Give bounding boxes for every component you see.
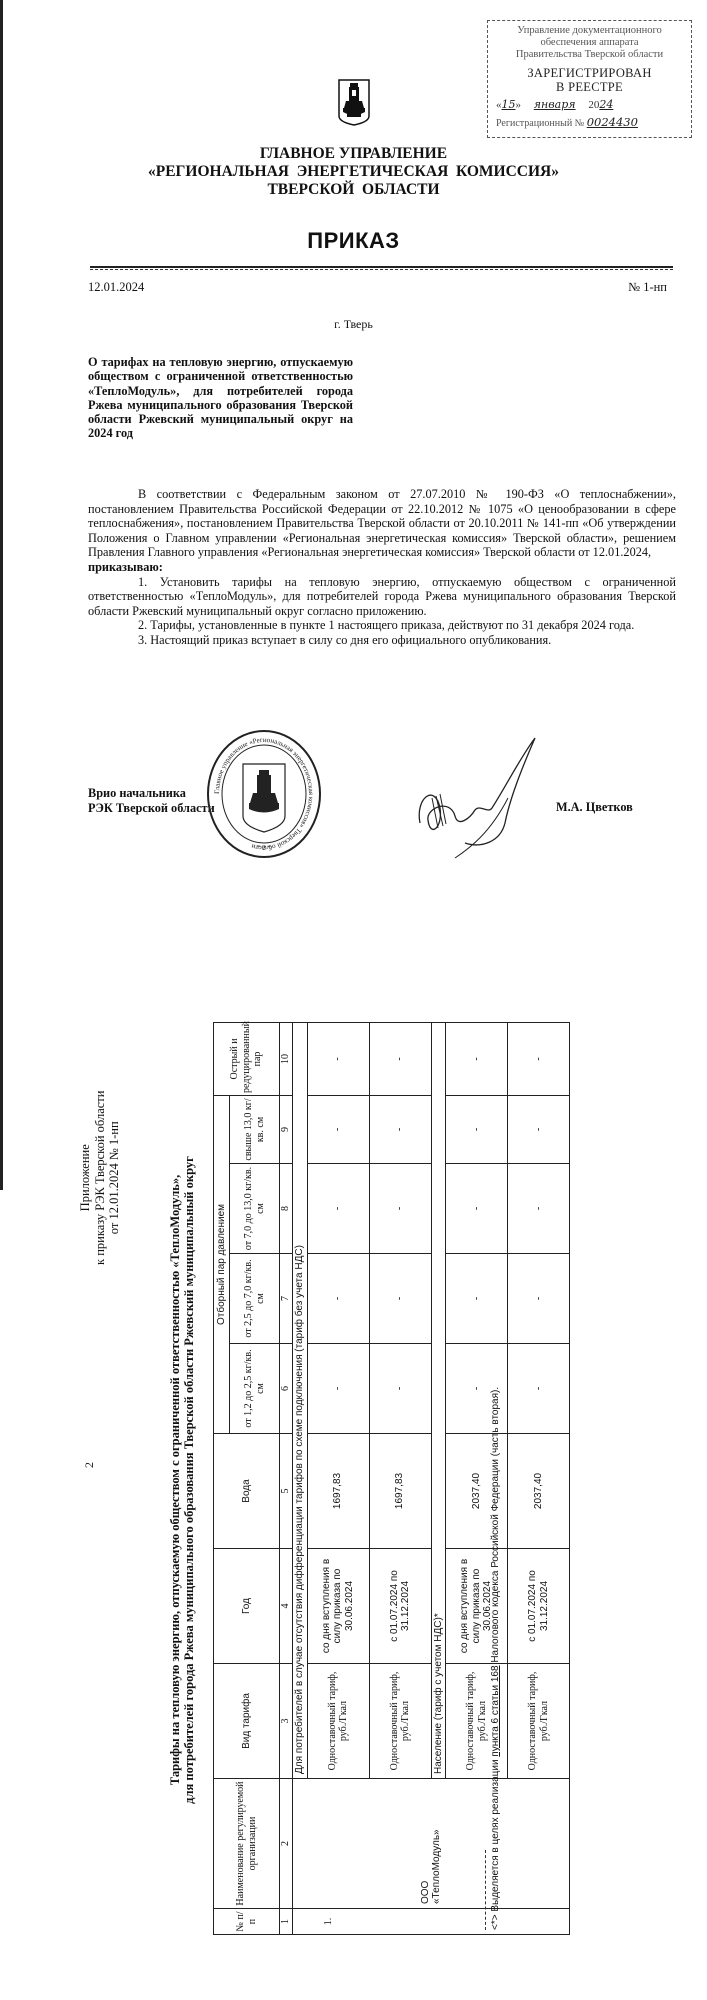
seal-number: * 2 *	[257, 844, 272, 852]
footnote-divider	[485, 1850, 486, 1930]
tariff-type: Одноставочный тариф, руб./Гкал	[369, 1664, 431, 1779]
footnote-prefix: <*> Выделяется в целях реализации	[490, 1757, 501, 1930]
water-value: 1697,83	[369, 1434, 431, 1549]
water-value: 2037,40	[508, 1434, 570, 1549]
tariff-type: Одноставочный тариф, руб./Гкал	[307, 1664, 369, 1779]
signatory-role-line-2: РЭК Тверской области	[88, 801, 215, 816]
header-steam-1: от 1,2 до 2,5 кг/кв. см	[230, 1344, 280, 1434]
tariff-table: № п/ п Наименование регулируемой организ…	[213, 1022, 570, 1935]
stamp-date-month: января	[524, 98, 586, 111]
steam-3-value: -	[508, 1164, 570, 1254]
steam-4-value: -	[446, 1095, 508, 1163]
footnote: <*> Выделяется в целях реализации пункта…	[490, 1387, 501, 1930]
order-item-3: 3. Настоящий приказ вступает в силу со д…	[88, 633, 676, 648]
header-steam-4: свыше 13,0 кг/кв. см	[230, 1095, 280, 1163]
steam-3-value: -	[307, 1164, 369, 1254]
org-header-line-2: «РЕГИОНАЛЬНАЯ ЭНЕРГЕТИЧЕСКАЯ КОМИССИЯ»	[0, 163, 707, 181]
preamble: В соответствии с Федеральным законом от …	[88, 487, 676, 560]
document-subject: О тарифах на тепловую энергию, отпускаем…	[88, 355, 353, 441]
header-steam-3: от 7,0 до 13,0 кг/кв. см	[230, 1164, 280, 1254]
period: с 01.07.2024 по 31.12.2024	[369, 1549, 431, 1664]
stamp-reg-label: Регистрационный №	[496, 118, 584, 129]
sharp-steam-value: -	[446, 1022, 508, 1095]
official-seal-icon: Главное управление «Региональная энергет…	[205, 728, 323, 860]
header-sharp-steam: Острый и редуцированный пар	[214, 1022, 280, 1095]
steam-2-value: -	[446, 1254, 508, 1344]
registration-stamp: Управление документационного обеспечения…	[487, 20, 692, 138]
sharp-steam-value: -	[307, 1022, 369, 1095]
org-name-cell: ООО «ТеплоМодуль»	[293, 1779, 570, 1909]
sharp-steam-value: -	[508, 1022, 570, 1095]
col-index: 4	[280, 1549, 293, 1664]
decree-word: приказываю:	[88, 560, 676, 575]
appendix-title-line-1: Тарифы на тепловую энергию, отпускаемую …	[168, 1030, 182, 1930]
col-index: 10	[280, 1022, 293, 1095]
signatory-name: М.А. Цветков	[556, 800, 633, 815]
signatory-role-line-1: Врио начальника	[88, 786, 215, 801]
row-num: 1.	[293, 1909, 570, 1935]
stamp-line-1: Управление документационного	[488, 25, 691, 37]
header-tariff-type: Вид тарифа	[214, 1664, 280, 1779]
header-num: № п/ п	[214, 1909, 280, 1935]
stamp-line-2: обеспечения аппарата	[488, 37, 691, 49]
column-index-row: 1 2 3 4 5 6 7 8 9 10	[280, 1022, 293, 1934]
col-index: 7	[280, 1254, 293, 1344]
order-item-1: 1. Установить тарифы на тепловую энергию…	[88, 575, 676, 619]
appendix-line-3: от 12.01.2024 № 1-нп	[107, 1091, 122, 1265]
stamp-date-year-suffix: 24	[599, 98, 613, 111]
stamp-reg: Регистрационный № 0024430	[488, 115, 691, 129]
period: с 01.07.2024 по 31.12.2024	[508, 1549, 570, 1664]
steam-2-value: -	[508, 1254, 570, 1344]
water-value: 1697,83	[307, 1434, 369, 1549]
stamp-date-day: 15	[502, 98, 516, 111]
page-1: Управление документационного обеспечения…	[0, 0, 707, 990]
footnote-link[interactable]: пункта 6 статьи 168	[490, 1665, 501, 1756]
steam-2-value: -	[369, 1254, 431, 1344]
col-index: 8	[280, 1164, 293, 1254]
col-index: 2	[280, 1779, 293, 1909]
steam-4-value: -	[369, 1095, 431, 1163]
appendix-title-line-2: для потребителей города Ржева муниципаль…	[182, 1030, 196, 1930]
order-item-2: 2. Тарифы, установленные в пункте 1 наст…	[88, 618, 676, 633]
organization-header: ГЛАВНОЕ УПРАВЛЕНИЕ «РЕГИОНАЛЬНАЯ ЭНЕРГЕТ…	[0, 145, 707, 199]
sharp-steam-value: -	[369, 1022, 431, 1095]
stamp-date-year-prefix: 20	[588, 99, 599, 111]
tver-coat-of-arms-icon	[337, 78, 371, 126]
handwritten-signature-icon	[410, 728, 550, 868]
steam-3-value: -	[446, 1164, 508, 1254]
section-label: Население (тариф с учетом НДС)*	[431, 1022, 446, 1778]
col-index: 1	[280, 1909, 293, 1935]
document-number: № 1-нп	[628, 280, 667, 295]
page-2-appendix: 2 Приложение к приказу РЭК Тверской обла…	[0, 990, 707, 2000]
document-type-title: ПРИКАЗ	[0, 228, 707, 254]
signatory-role: Врио начальника РЭК Тверской области	[88, 786, 215, 816]
footnote-suffix: Налогового кодекса Российской Федерации …	[490, 1387, 501, 1666]
header-year: Год	[214, 1549, 280, 1664]
appendix-reference: Приложение к приказу РЭК Тверской област…	[78, 1091, 122, 1265]
header-divider	[90, 266, 673, 270]
org-name-line-1: ООО	[420, 1783, 432, 1904]
col-index: 5	[280, 1434, 293, 1549]
col-index: 9	[280, 1095, 293, 1163]
header-steam-group: Отборный пар давлением	[214, 1095, 230, 1433]
stamp-reg-number: 0024430	[587, 115, 638, 129]
steam-3-value: -	[369, 1164, 431, 1254]
page-number: 2	[82, 1462, 97, 1468]
org-header-line-3: ТВЕРСКОЙ ОБЛАСТИ	[0, 181, 707, 199]
appendix-title: Тарифы на тепловую энергию, отпускаемую …	[168, 1030, 196, 1930]
stamp-line-3: Правительства Тверской области	[488, 49, 691, 61]
org-header-line-1: ГЛАВНОЕ УПРАВЛЕНИЕ	[0, 145, 707, 163]
table-header-row-1: № п/ п Наименование регулируемой организ…	[214, 1022, 230, 1934]
section-label: Для потребителей в случае отсутствия диф…	[293, 1022, 308, 1778]
tariff-type: Одноставочный тариф, руб./Гкал	[508, 1664, 570, 1779]
stamp-date: «15» января 2024	[488, 98, 691, 111]
org-name-line-2: «ТеплоМодуль»	[431, 1783, 443, 1904]
document-date: 12.01.2024	[88, 280, 144, 295]
appendix-line-2: к приказу РЭК Тверской области	[93, 1091, 108, 1265]
steam-4-value: -	[307, 1095, 369, 1163]
steam-1-value: -	[508, 1344, 570, 1434]
header-steam-2: от 2,5 до 7,0 кг/кв. см	[230, 1254, 280, 1344]
rotated-landscape-page: 2 Приложение к приказу РЭК Тверской обла…	[0, 990, 707, 2000]
period: со дня вступления в силу приказа по 30.0…	[307, 1549, 369, 1664]
stamp-status-1: ЗАРЕГИСТРИРОВАН	[488, 66, 691, 80]
document-city: г. Тверь	[0, 317, 707, 332]
appendix-line-1: Приложение	[78, 1091, 93, 1265]
steam-1-value: -	[369, 1344, 431, 1434]
steam-2-value: -	[307, 1254, 369, 1344]
section-row-consumers: 1. ООО «ТеплоМодуль» Для потребителей в …	[293, 1022, 308, 1934]
header-water: Вода	[214, 1434, 280, 1549]
col-index: 3	[280, 1664, 293, 1779]
steam-1-value: -	[307, 1344, 369, 1434]
stamp-status-2: В РЕЕСТРЕ	[488, 80, 691, 94]
col-index: 6	[280, 1344, 293, 1434]
document-body: В соответствии с Федеральным законом от …	[88, 487, 676, 648]
header-org: Наименование регулируемой организации	[214, 1779, 280, 1909]
steam-4-value: -	[508, 1095, 570, 1163]
